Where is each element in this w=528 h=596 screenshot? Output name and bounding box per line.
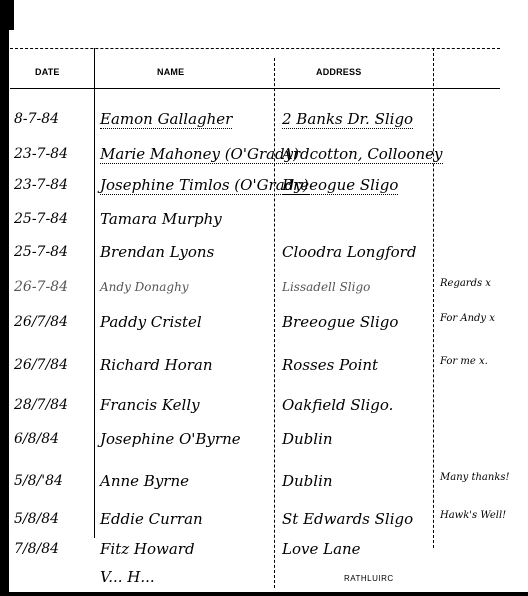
register-row: 25-7-84Tamara Murphy [0,210,528,238]
entry-date: 5/8/'84 [14,472,94,490]
entry-name: Richard Horan [100,356,213,374]
entry-name: V... H... [100,568,155,586]
entry-date: 25-7-84 [14,210,94,228]
header-bottom-rule [10,88,500,89]
entry-name: Francis Kelly [100,396,200,414]
entry-address: Love Lane [282,540,361,558]
entry-note: Regards x [440,278,491,289]
register-row: 23-7-84Marie Mahoney (O'Grady)Ardcotton,… [0,145,528,173]
register-row: 8-7-84Eamon Gallagher2 Banks Dr. Sligo [0,110,528,138]
entry-address: Dublin [282,472,333,490]
entry-date: 7/8/84 [14,540,94,558]
entry-name: Marie Mahoney (O'Grady) [100,145,299,164]
entry-address: Breeogue Sligo [282,176,398,195]
entry-note: For Andy x [440,313,495,324]
entry-address: Lissadell Sligo [282,278,370,296]
register-row: V... H... [0,568,528,596]
entry-date: 8-7-84 [14,110,94,128]
entry-date: 5/8/84 [14,510,94,528]
entry-address: Ardcotton, Collooney [282,145,443,164]
register-row: 26/7/84Richard HoranRosses PointFor me x… [0,356,528,384]
scan-corner [0,0,14,30]
entry-name: Brendan Lyons [100,243,214,261]
entry-date: 26-7-84 [14,278,94,296]
header-name: NAME [157,67,184,77]
register-row: 25-7-84Brendan LyonsCloodra Longford [0,243,528,271]
register-row: 5/8/84Eddie CurranSt Edwards SligoHawk's… [0,510,528,538]
entry-address: Rosses Point [282,356,378,374]
header-date: DATE [35,67,60,77]
address-subline: RATHLUIRC [344,574,394,583]
entry-date: 23-7-84 [14,176,94,194]
entry-name: Eamon Gallagher [100,110,232,129]
register-row: 26-7-84Andy DonaghyLissadell SligoRegard… [0,278,528,306]
header-top-rule [10,48,500,49]
entry-address: Cloodra Longford [282,243,416,261]
register-row: 6/8/84Josephine O'ByrneDublin [0,430,528,458]
entry-name: Josephine O'Byrne [100,430,241,448]
entry-name: Fitz Howard [100,540,195,558]
entry-address: Dublin [282,430,333,448]
entry-date: 26/7/84 [14,313,94,331]
entry-date: 28/7/84 [14,396,94,414]
entry-date: 23-7-84 [14,145,94,163]
entry-address: St Edwards Sligo [282,510,413,528]
entry-name: Anne Byrne [100,472,189,490]
entry-date: 26/7/84 [14,356,94,374]
entry-note: For me x. [440,356,488,367]
register-row: 26/7/84Paddy CristelBreeogue SligoFor An… [0,313,528,341]
entry-note: Many thanks! [440,472,510,483]
entry-name: Paddy Cristel [100,313,202,331]
entry-note: Hawk's Well! [440,510,506,521]
entry-name: Josephine Timlos (O'Grady) [100,176,309,195]
entry-address: 2 Banks Dr. Sligo [282,110,413,129]
entry-date: 25-7-84 [14,243,94,261]
entry-date: 6/8/84 [14,430,94,448]
register-row: 7/8/84Fitz HowardLove Lane [0,540,528,568]
entry-name: Tamara Murphy [100,210,222,228]
register-row: 5/8/'84Anne ByrneDublinMany thanks! [0,472,528,500]
header-address: ADDRESS [316,67,361,77]
entry-name: Eddie Curran [100,510,203,528]
entry-address: Oakfield Sligo. [282,396,393,414]
entry-name: Andy Donaghy [100,278,189,296]
register-row: 23-7-84Josephine Timlos (O'Grady)Breeogu… [0,176,528,204]
entry-address: Breeogue Sligo [282,313,398,331]
register-row: 28/7/84Francis KellyOakfield Sligo. [0,396,528,424]
